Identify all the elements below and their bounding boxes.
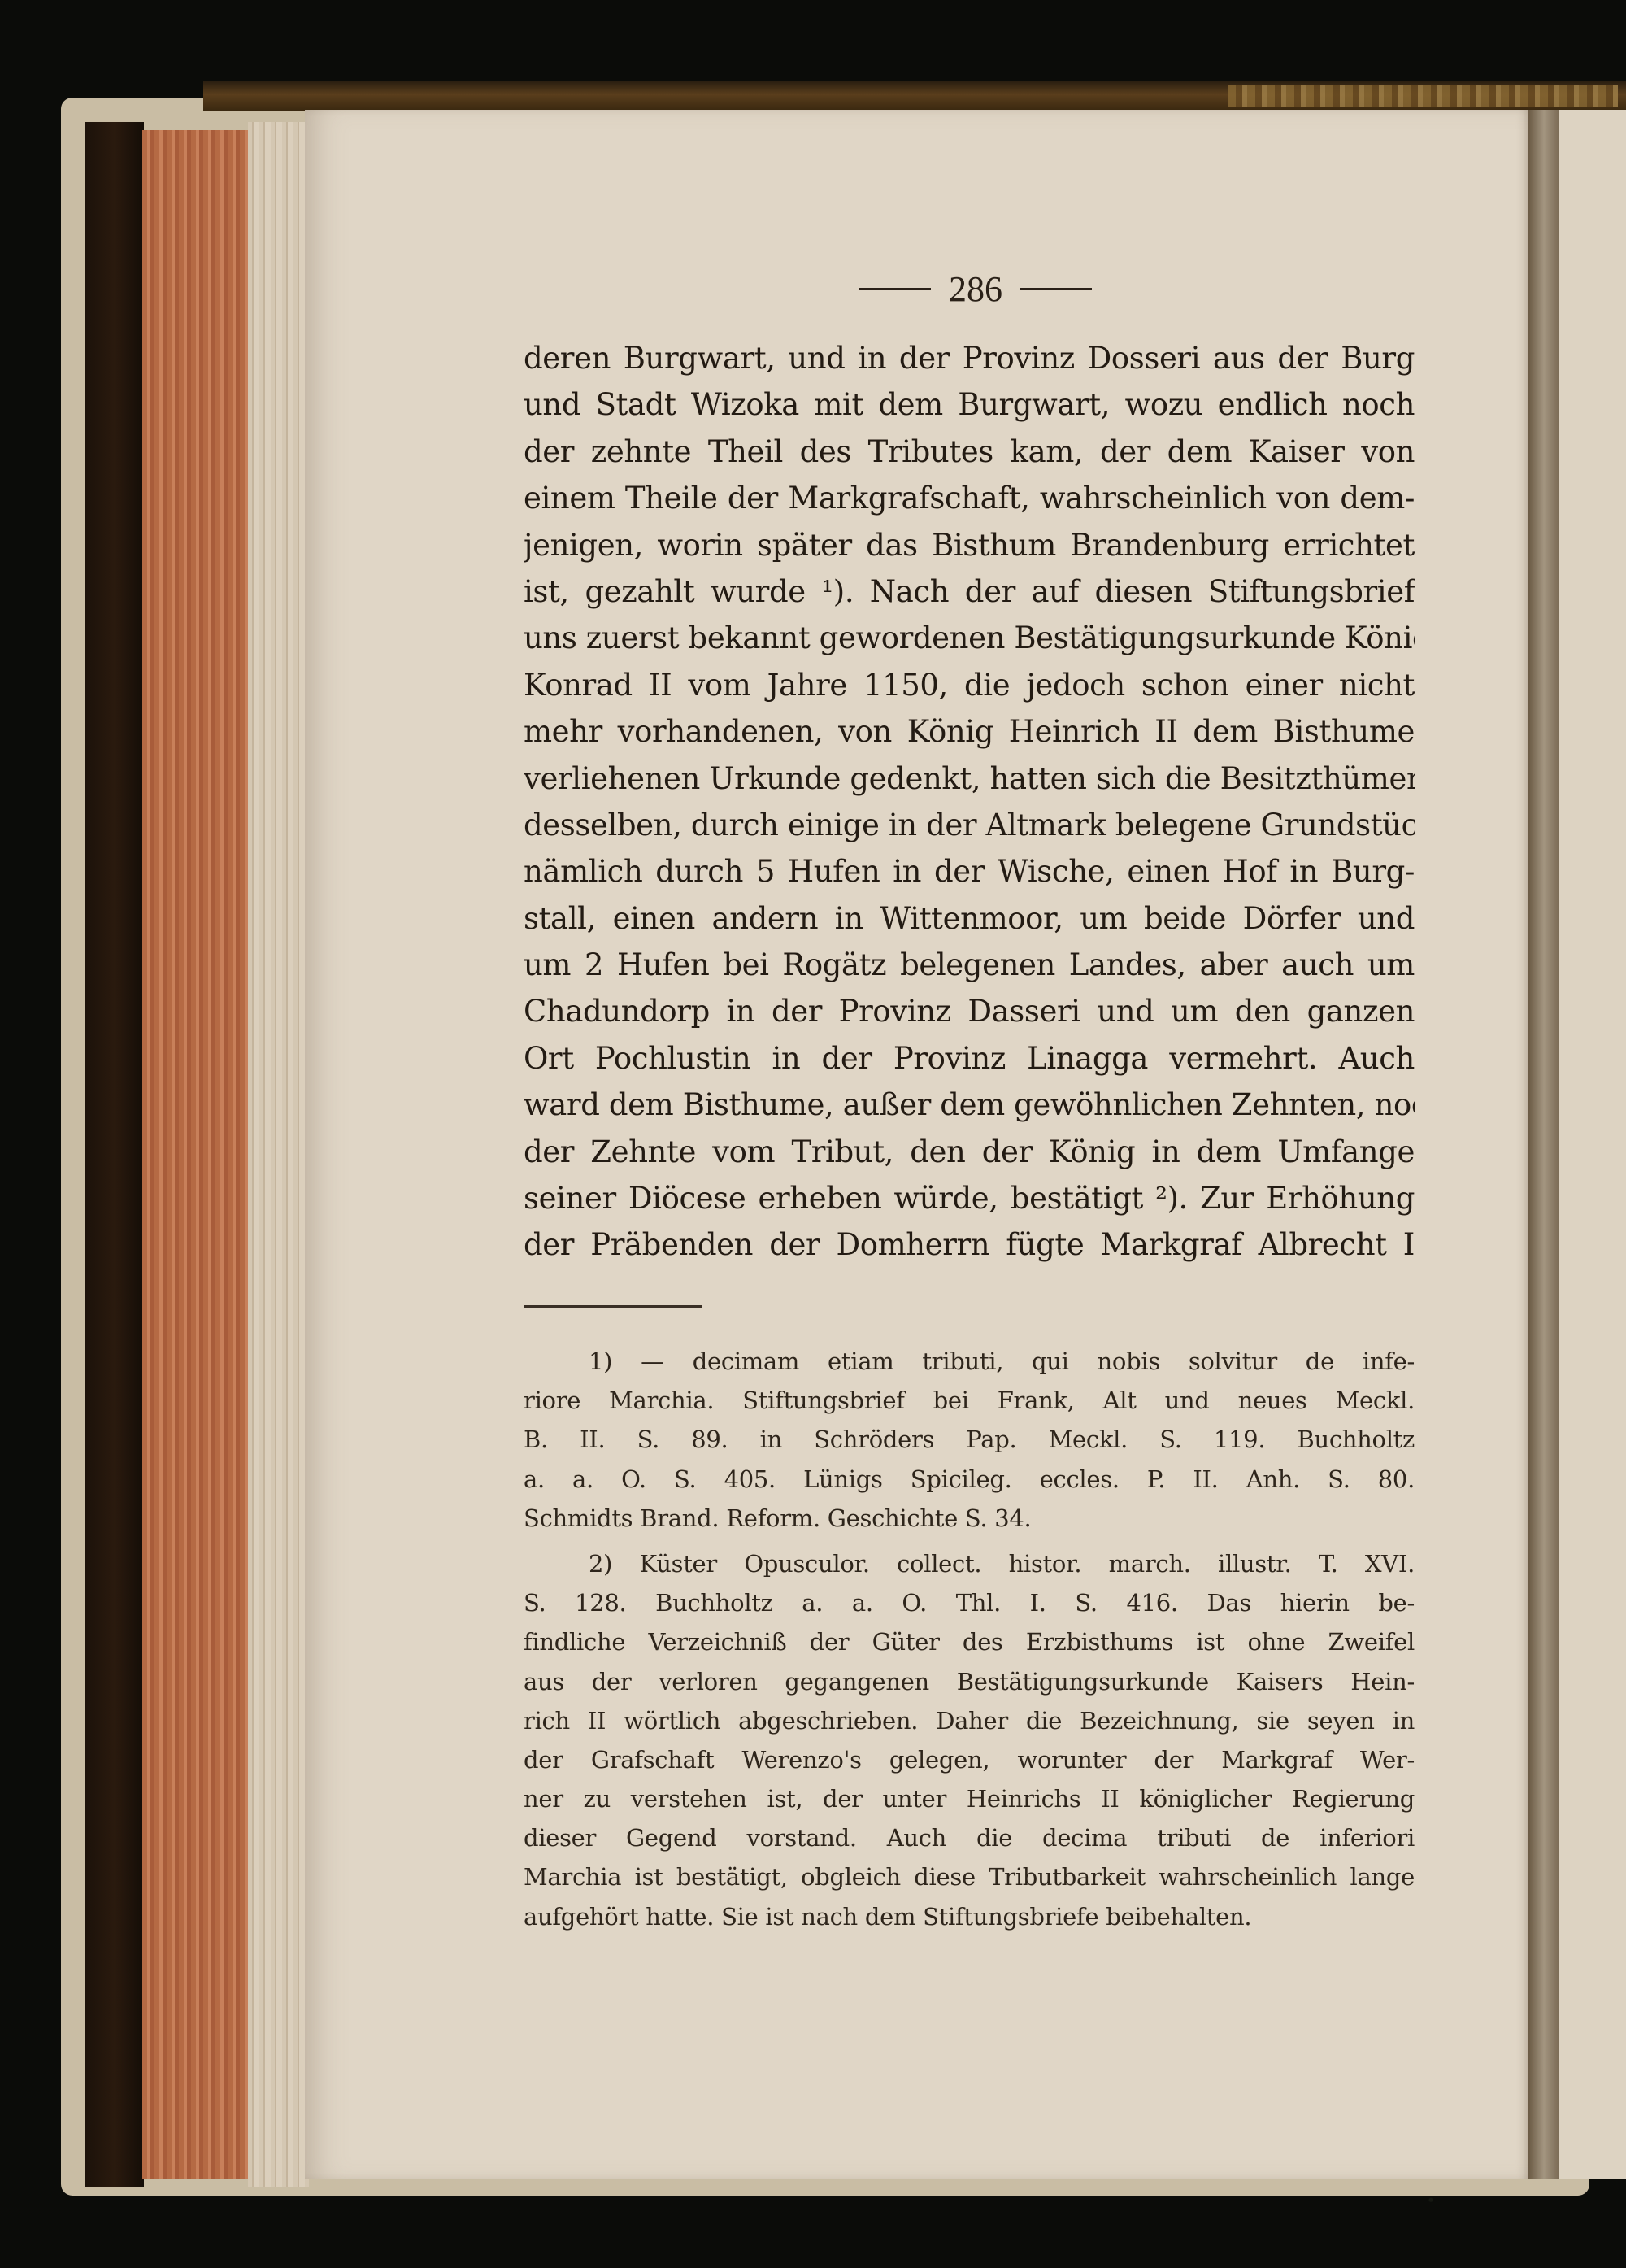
- body-line: einem Theile der Markgrafschaft, wahrsch…: [524, 475, 1415, 521]
- body-line: desselben, durch einige in der Altmark b…: [524, 802, 1415, 848]
- body-line: jenigen, worin später das Bisthum Brande…: [524, 522, 1415, 568]
- leather-spine-strip: [85, 122, 144, 2187]
- body-line: verliehenen Urkunde gedenkt, hatten sich…: [524, 755, 1415, 802]
- page-number: 286: [949, 268, 1002, 310]
- footnote-line: 1) — decimam etiam tributi, qui nobis so…: [524, 1342, 1415, 1381]
- body-line: seiner Diöcese erheben würde, bestätigt …: [524, 1175, 1415, 1221]
- page-number-header: 286: [829, 264, 1122, 313]
- header-dash-right: [1020, 288, 1092, 290]
- footnote-line: S. 128. Buchholtz a. a. O. Thl. I. S. 41…: [524, 1583, 1415, 1622]
- red-page-edges: [142, 130, 250, 2179]
- footnote-2: 2) Küster Opusculor. collect. histor. ma…: [524, 1544, 1415, 1936]
- footnote-line: findliche Verzeichniß der Güter des Erzb…: [524, 1622, 1415, 1661]
- body-line: mehr vorhandenen, von König Heinrich II …: [524, 708, 1415, 755]
- body-line: der Zehnte vom Tribut, den der König in …: [524, 1129, 1415, 1175]
- body-line: ward dem Bisthume, außer dem gewöhnliche…: [524, 1082, 1415, 1128]
- body-line: der zehnte Theil des Tributes kam, der d…: [524, 429, 1415, 475]
- footnote-line: aufgehört hatte. Sie ist nach dem Stiftu…: [524, 1897, 1415, 1936]
- footnote-1: 1) — decimam etiam tributi, qui nobis so…: [524, 1342, 1415, 1538]
- facing-page-edge: [1559, 110, 1626, 2179]
- footnote-line: aus der verloren gegangenen Bestätigungs…: [524, 1662, 1415, 1701]
- header-dash-left: [859, 288, 931, 290]
- body-line: Chadundorp in der Provinz Dasseri und um…: [524, 988, 1415, 1034]
- footnote-line: der Grafschaft Werenzo's gelegen, worunt…: [524, 1740, 1415, 1779]
- body-line: uns zuerst bekannt gewordenen Bestätigun…: [524, 615, 1415, 661]
- footnotes: 1) — decimam etiam tributi, qui nobis so…: [524, 1342, 1415, 1943]
- gilt-decoration: [1228, 85, 1618, 107]
- cover-top-edge: [203, 81, 1626, 111]
- footnote-separator: [524, 1305, 702, 1308]
- page-stack: [248, 122, 309, 2187]
- footnote-line: 2) Küster Opusculor. collect. histor. ma…: [524, 1544, 1415, 1583]
- body-line: der Präbenden der Domherrn fügte Markgra…: [524, 1221, 1415, 1268]
- footnote-line: Schmidts Brand. Reform. Geschichte S. 34…: [524, 1499, 1415, 1538]
- footnote-line: a. a. O. S. 405. Lünigs Spicileg. eccles…: [524, 1460, 1415, 1499]
- footnote-line: dieser Gegend vorstand. Auch die decima …: [524, 1818, 1415, 1857]
- footnote-line: rich II wörtlich abgeschrieben. Daher di…: [524, 1701, 1415, 1740]
- body-line: Ort Pochlustin in der Provinz Linagga ve…: [524, 1035, 1415, 1082]
- footnote-line: riore Marchia. Stiftungsbrief bei Frank,…: [524, 1381, 1415, 1420]
- body-line: um 2 Hufen bei Rogätz belegenen Landes, …: [524, 942, 1415, 988]
- footnote-line: B. II. S. 89. in Schröders Pap. Meckl. S…: [524, 1420, 1415, 1459]
- body-text: deren Burgwart, und in der Provinz Dosse…: [524, 335, 1415, 1269]
- footnote-line: ner zu verstehen ist, der unter Heinrich…: [524, 1779, 1415, 1818]
- body-line: stall, einen andern in Wittenmoor, um be…: [524, 895, 1415, 942]
- body-line: Konrad II vom Jahre 1150, die jedoch sch…: [524, 662, 1415, 708]
- gutter-shadow: [1528, 110, 1559, 2179]
- body-line: nämlich durch 5 Hufen in der Wische, ein…: [524, 848, 1415, 895]
- footnote-line: Marchia ist bestätigt, obgleich diese Tr…: [524, 1857, 1415, 1896]
- body-line: deren Burgwart, und in der Provinz Dosse…: [524, 335, 1415, 381]
- body-line: ist, gezahlt wurde ¹). Nach der auf dies…: [524, 568, 1415, 615]
- body-line: und Stadt Wizoka mit dem Burgwart, wozu …: [524, 381, 1415, 428]
